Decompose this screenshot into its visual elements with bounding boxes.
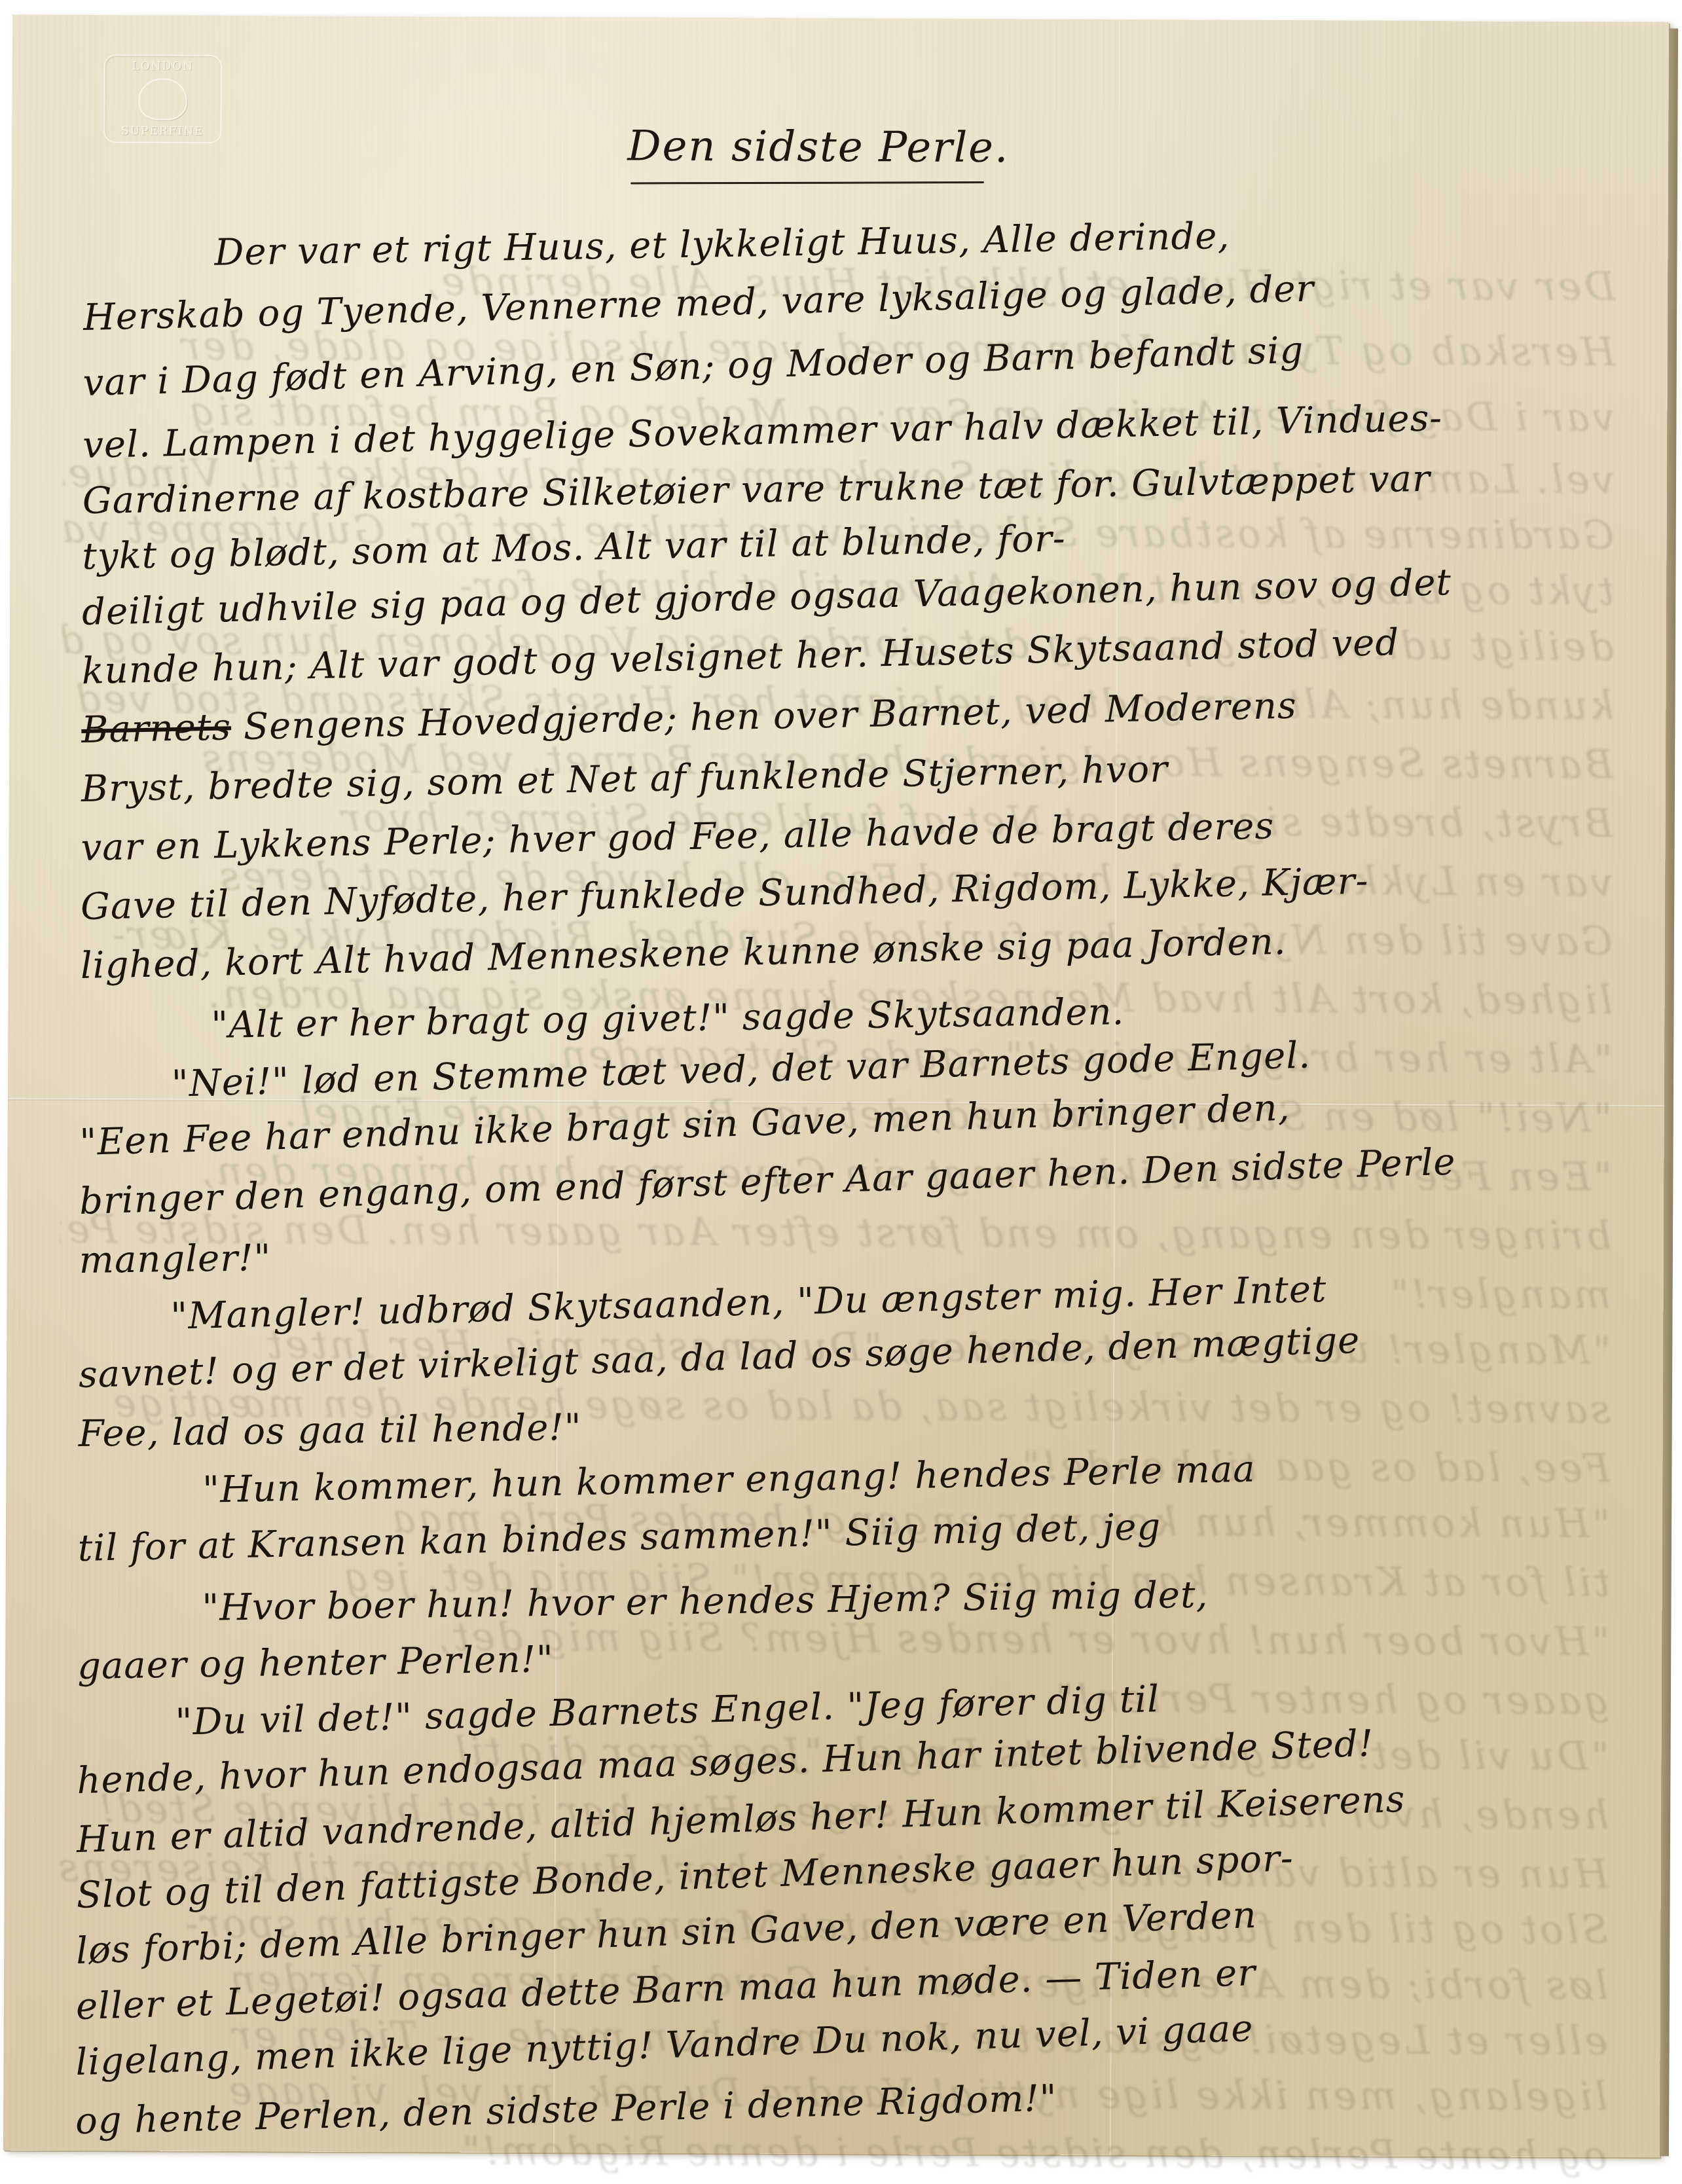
manuscript-line: mangler!" [79,1237,271,1282]
manuscript-title: Den sidste Perle. [627,122,1009,173]
paper-edge [1660,29,1678,2157]
manuscript-page: Der var et rigt Huus, et lykkeligt Huus,… [3,14,1669,2157]
manuscript-line: Fee, lad os gaa til hende!" [78,1406,582,1455]
embossed-stamp: LONDON SUPERFINE [103,54,222,143]
manuscript-line: gaaer og henter Perlen!" [77,1638,555,1688]
manuscript-body: Der var et rigt Huus, et lykkeligt Huus,… [12,14,1669,22]
title-underline [631,181,984,184]
crest-icon [138,78,187,120]
stamp-top-text: LONDON [132,60,194,73]
ink-bleedthrough: Der var et rigt Huus, et lykkeligt Huus,… [12,14,1669,22]
struck-word: Barnets [81,706,232,752]
stamp-bottom-text: SUPERFINE [121,124,204,138]
